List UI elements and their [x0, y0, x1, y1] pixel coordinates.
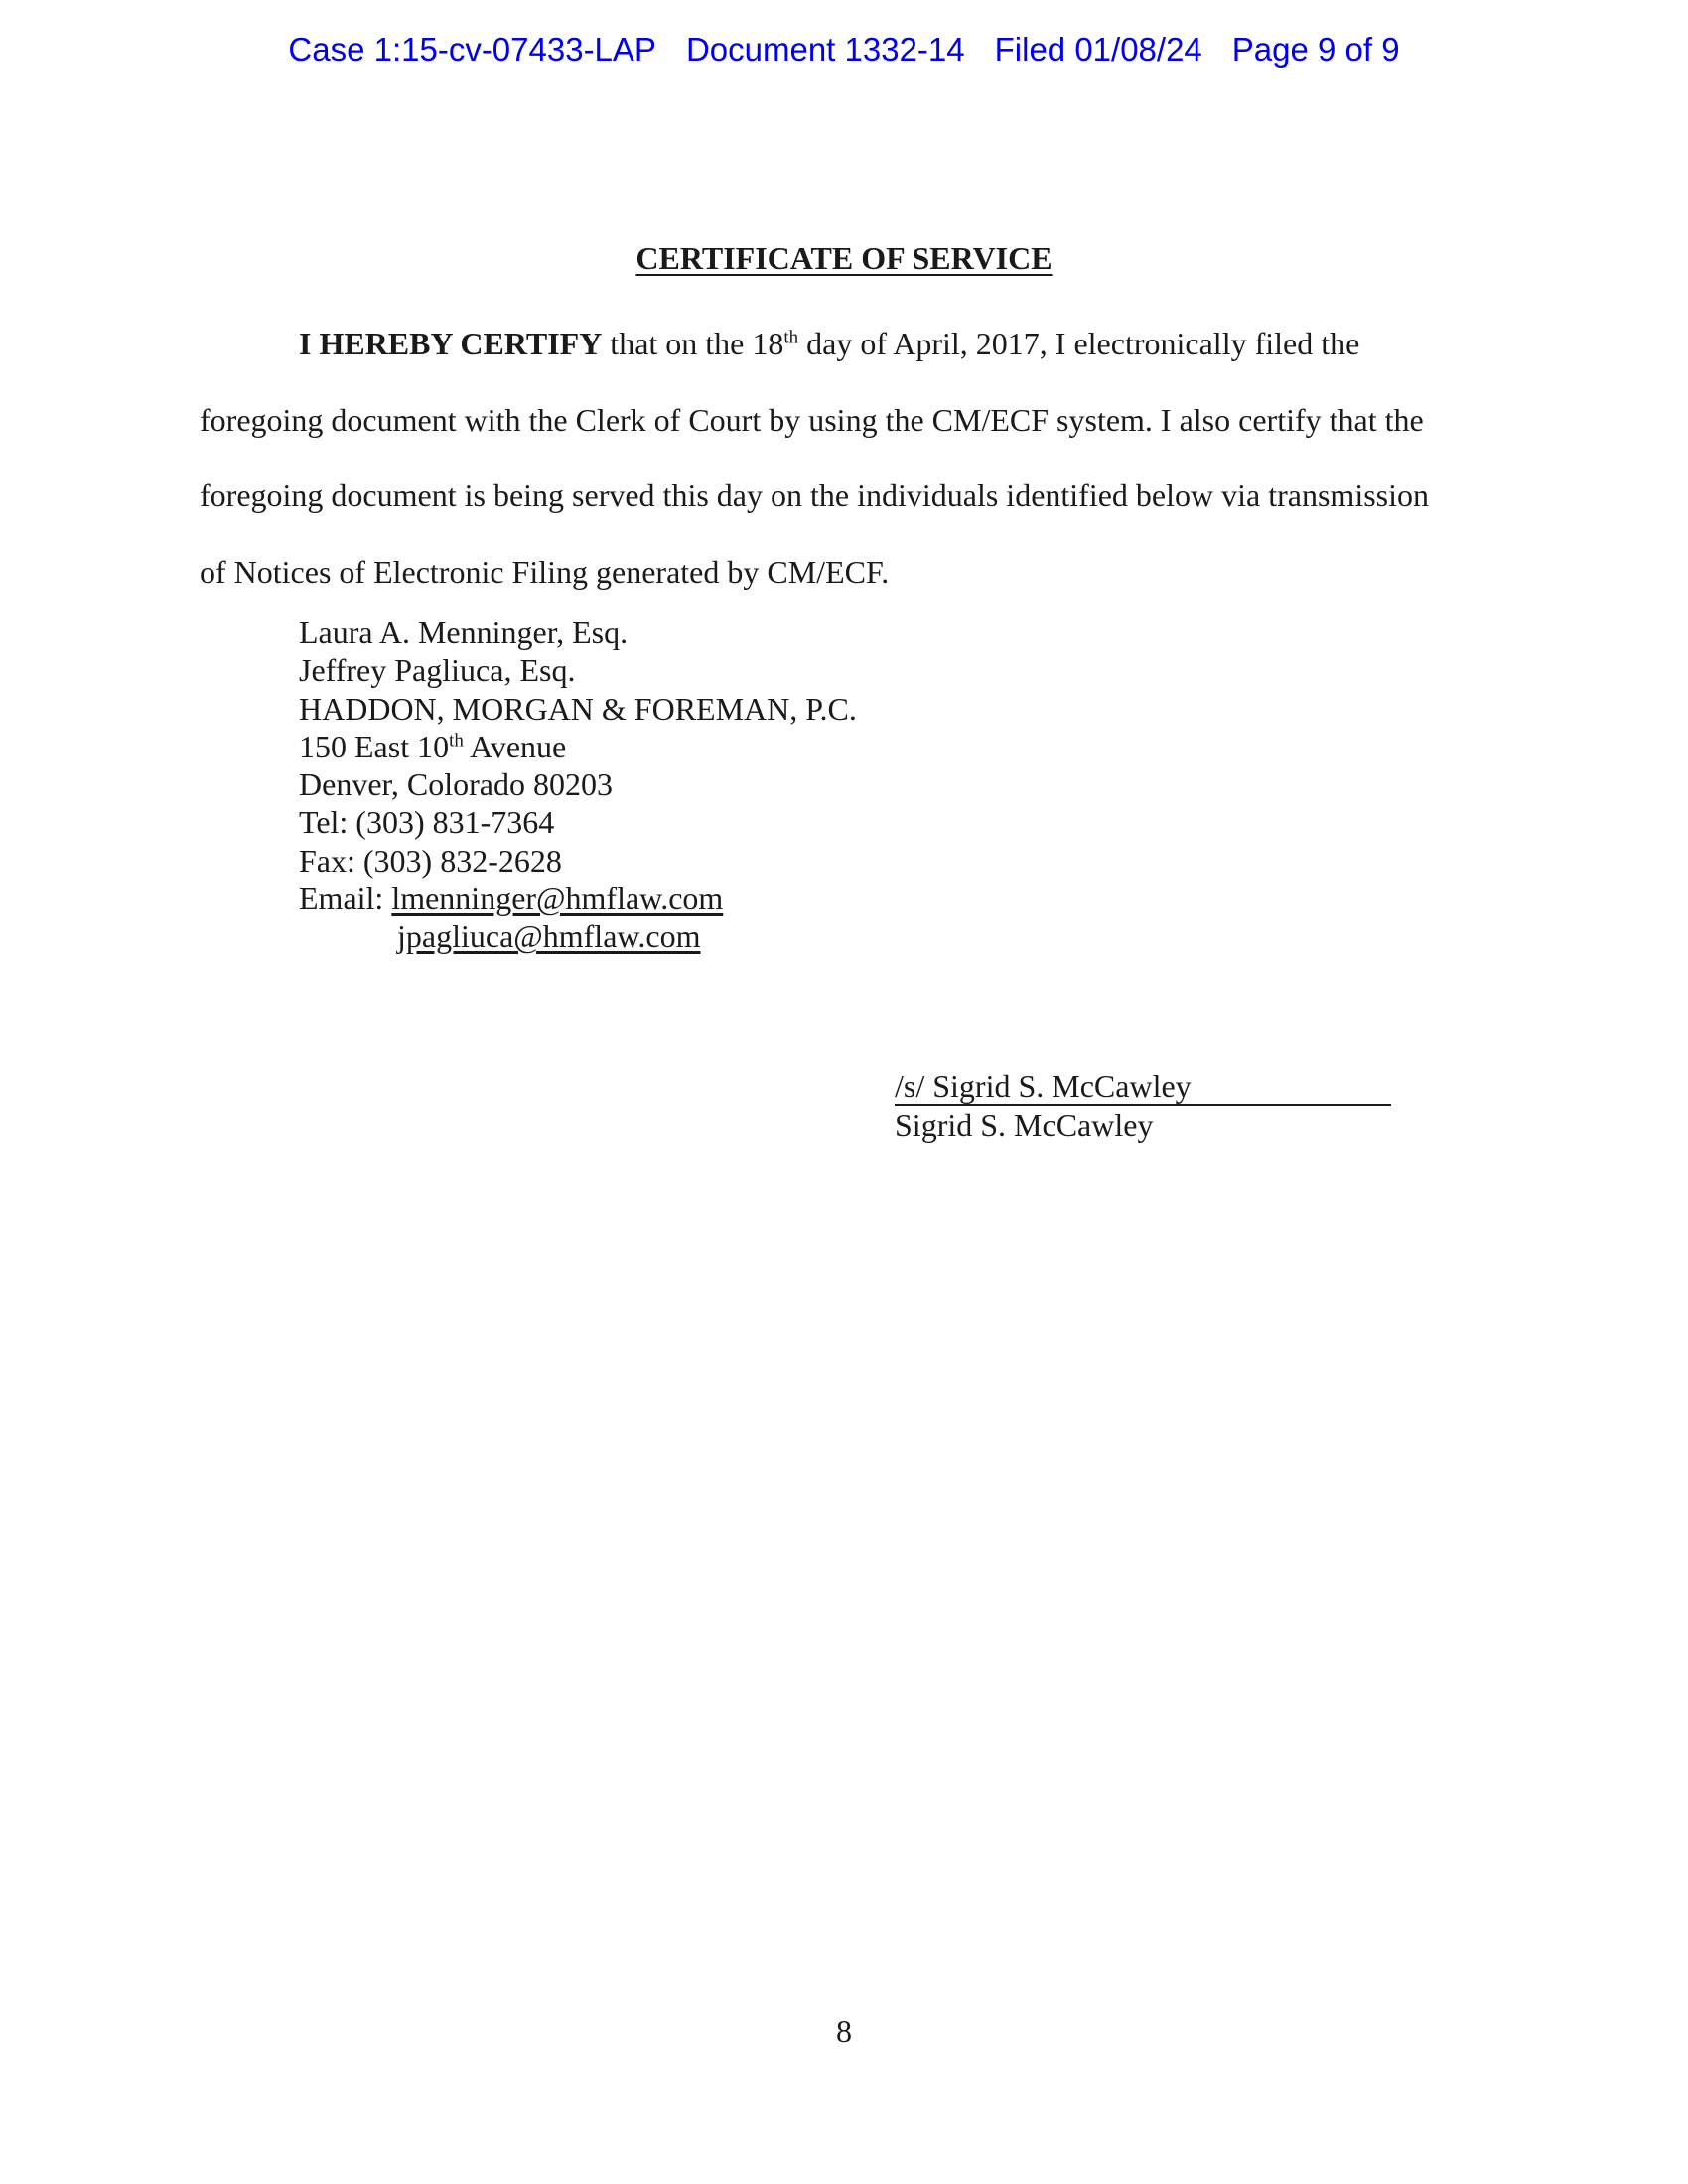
- filed-date: Filed 01/08/24: [995, 31, 1202, 68]
- ordinal-suffix: th: [449, 730, 464, 751]
- attorney-name: Laura A. Menninger, Esq.: [299, 614, 857, 651]
- city-state-zip: Denver, Colorado 80203: [299, 765, 857, 803]
- street-name: Avenue: [464, 729, 566, 764]
- street-number: 150 East 10: [299, 729, 449, 764]
- signer-name: Sigrid S. McCawley: [895, 1106, 1391, 1144]
- service-list: Laura A. Menninger, Esq. Jeffrey Pagliuc…: [299, 614, 857, 956]
- law-firm: HADDON, MORGAN & FOREMAN, P.C.: [299, 690, 857, 728]
- fax: Fax: (303) 832-2628: [299, 842, 857, 880]
- certification-paragraph: I HEREBY CERTIFY that on the 18th day of…: [200, 306, 1490, 610]
- email-link[interactable]: jpagliuca@hmflaw.com: [397, 918, 701, 954]
- page-indicator: Page 9 of 9: [1232, 31, 1400, 68]
- document-number: Document 1332-14: [686, 31, 965, 68]
- street-address: 150 East 10th Avenue: [299, 728, 857, 765]
- telephone: Tel: (303) 831-7364: [299, 803, 857, 841]
- signature-block: /s/ Sigrid S. McCawley Sigrid S. McCawle…: [895, 1067, 1391, 1144]
- certification-line-2: foregoing document with the Clerk of Cou…: [200, 382, 1490, 459]
- certification-text: that on the 18: [602, 326, 783, 361]
- certification-line-4: of Notices of Electronic Filing generate…: [200, 534, 1490, 611]
- certification-line-1: I HEREBY CERTIFY that on the 18th day of…: [200, 306, 1490, 382]
- document-title: CERTIFICATE OF SERVICE: [0, 238, 1688, 278]
- case-number: Case 1:15-cv-07433-LAP: [288, 31, 656, 68]
- ordinal-suffix: th: [783, 327, 798, 347]
- email-row: jpagliuca@hmflaw.com: [299, 917, 857, 955]
- certification-text: day of April, 2017, I electronically fil…: [798, 326, 1359, 361]
- email-link[interactable]: lmenninger@hmflaw.com: [391, 881, 723, 916]
- certify-lead: I HEREBY CERTIFY: [299, 326, 602, 361]
- certification-line-3: foregoing document is being served this …: [200, 458, 1490, 534]
- email-label: Email:: [299, 881, 391, 916]
- email-row: Email: lmenninger@hmflaw.com: [299, 880, 857, 917]
- attorney-name: Jeffrey Pagliuca, Esq.: [299, 651, 857, 689]
- electronic-signature: /s/ Sigrid S. McCawley: [895, 1068, 1391, 1106]
- ecf-filing-header: Case 1:15-cv-07433-LAPDocument 1332-14Fi…: [0, 30, 1688, 69]
- page-number: 8: [0, 2011, 1688, 2051]
